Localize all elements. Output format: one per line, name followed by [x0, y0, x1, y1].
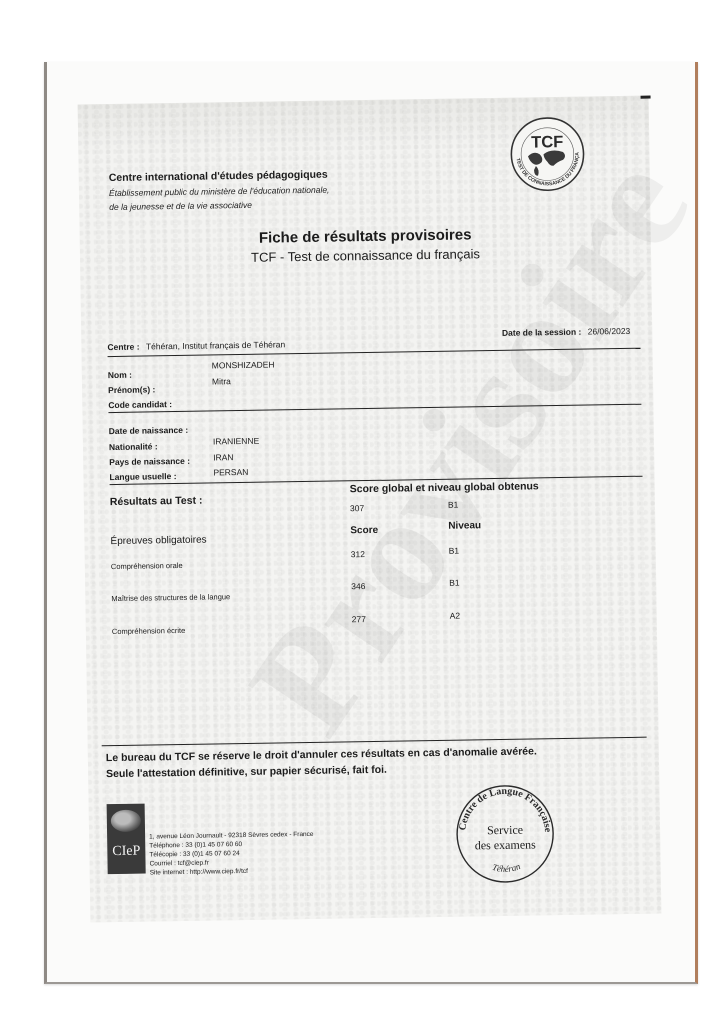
- score-column-header: Score: [350, 525, 378, 536]
- candidate-code-label: Code candidat :: [108, 399, 172, 410]
- organization-line-1: Établissement public du ministère de l'é…: [109, 185, 330, 198]
- ciep-logo-text: CIeP: [112, 844, 140, 860]
- global-score-value: 307: [350, 503, 364, 513]
- ciep-logo-icon: CIeP: [107, 804, 146, 875]
- divider: [102, 737, 647, 747]
- email-line: Courriel : tcf@ciep.fr: [149, 860, 208, 868]
- result-row-score: 346: [351, 581, 365, 591]
- candidate-firstname-label: Prénom(s) :: [108, 384, 155, 395]
- svg-text:Téhéran: Téhéran: [491, 861, 522, 874]
- tcf-logo-icon: TEST DE CONNAISSANCE DU FRANÇAIS TCF: [508, 115, 587, 194]
- notice-line-1: Le bureau du TCF se réserve le droit d'a…: [106, 745, 537, 764]
- result-row-level: B1: [449, 578, 460, 588]
- organization-name: Centre international d'études pédagogiqu…: [109, 169, 328, 184]
- nationality-value: IRANIENNE: [213, 436, 259, 447]
- svg-text:Service: Service: [487, 823, 523, 838]
- fax-line: Télécopie : 33 (0)1 45 07 60 24: [149, 850, 239, 858]
- session-date-label: Date de la session :: [502, 327, 582, 338]
- phone-line: Téléphone : 33 (0)1 45 07 60 60: [149, 841, 242, 849]
- candidate-name-value: MONSHIZADEH: [212, 359, 275, 370]
- language-label: Langue usuelle :: [109, 471, 176, 482]
- session-date-row: Date de la session : 26/06/2023: [502, 326, 630, 338]
- centre-value: Téhéran, Institut français de Téhéran: [146, 339, 285, 351]
- language-value: PERSAN: [213, 467, 248, 478]
- result-row-name: Compréhension orale: [111, 561, 183, 571]
- watermark: Provisoire: [215, 126, 723, 763]
- globe-icon: [111, 810, 141, 832]
- exam-service-stamp-icon: Centre de Langue Française Téhéran Servi…: [452, 781, 558, 887]
- session-date-value: 26/06/2023: [588, 326, 631, 337]
- notice-line-2: Seule l'attestation définitive, sur papi…: [106, 764, 387, 780]
- centre-label: Centre :: [107, 342, 139, 353]
- candidate-firstname-value: Mitra: [212, 376, 231, 386]
- scan-edge-mark: [641, 96, 651, 99]
- birthdate-label: Date de naissance :: [109, 425, 189, 436]
- result-row-score: 312: [351, 549, 365, 559]
- organization-line-2: de la jeunesse et de la vie associative: [109, 200, 252, 212]
- candidate-name-label: Nom :: [108, 370, 132, 380]
- level-column-header: Niveau: [448, 520, 481, 532]
- svg-text:des examens: des examens: [475, 837, 537, 852]
- svg-text:TCF: TCF: [531, 132, 563, 152]
- birth-country-label: Pays de naissance :: [109, 456, 190, 467]
- divider: [108, 404, 641, 413]
- website-line: Site internet : http://www.ciep.fr/tcf: [150, 868, 248, 877]
- result-row-level: B1: [449, 546, 460, 556]
- results-heading: Résultats au Test :: [110, 495, 203, 508]
- global-score-heading: Score global et niveau global obtenus: [350, 480, 539, 495]
- scanned-document: Provisoire Centre international d'études…: [78, 96, 662, 923]
- mandatory-tests-heading: Épreuves obligatoires: [110, 535, 206, 548]
- nationality-label: Nationalité :: [109, 441, 158, 452]
- global-level-value: B1: [448, 500, 459, 510]
- birth-country-value: IRAN: [213, 452, 233, 462]
- result-row-score: 277: [352, 614, 366, 624]
- centre-row: Centre : Téhéran, Institut français de T…: [107, 339, 285, 352]
- result-row-level: A2: [450, 611, 461, 621]
- result-row-name: Maîtrise des structures de la langue: [111, 592, 230, 603]
- address-line: 1, avenue Léon Journault - 92318 Sèvres …: [149, 831, 314, 841]
- result-row-name: Compréhension écrite: [112, 626, 186, 636]
